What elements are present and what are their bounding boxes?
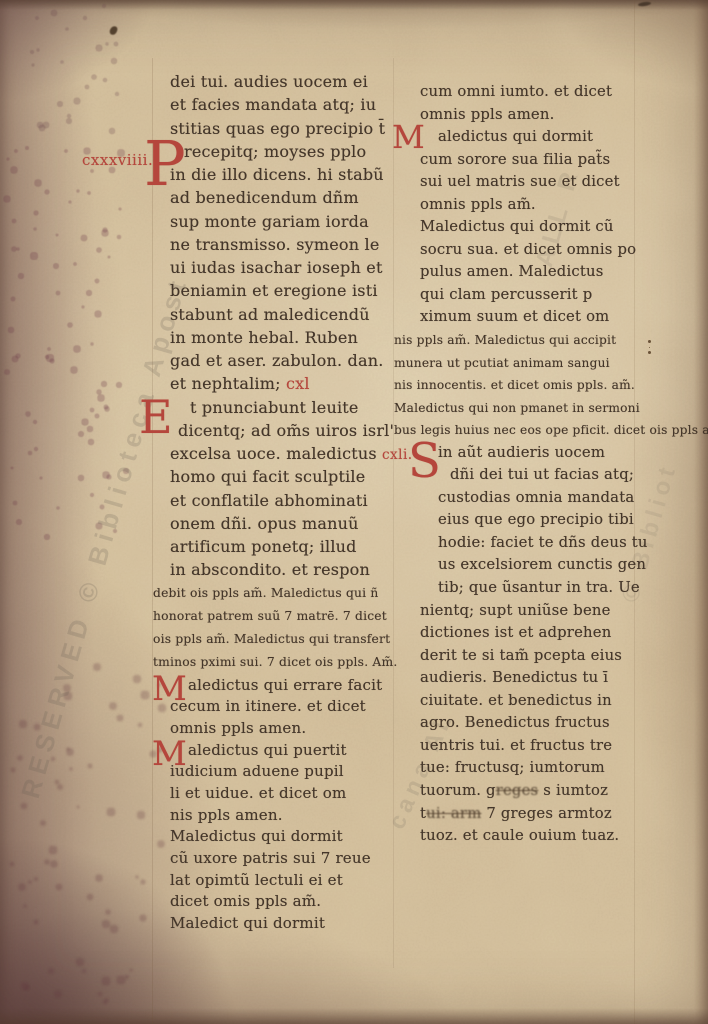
text-line: cum omni iumto. et dicet xyxy=(392,81,692,104)
text-line: derit te si tam̃ pcepta eius xyxy=(392,645,692,668)
text-line: cum sorore sua filia pat̃s xyxy=(392,149,692,172)
text-line: Maledictus qui dormit xyxy=(150,826,406,848)
text-line: tue: fructusq; iumtorum xyxy=(392,757,692,780)
text-line: pulus amen. Maledictus xyxy=(392,261,692,284)
text-line: Maledictus qui errare facit xyxy=(150,675,406,697)
text-line: Maledictus qui puertit xyxy=(150,740,406,762)
text-line: cxxxviiii.Precepitq; moyses pplo xyxy=(150,140,406,163)
text-column-left: dei tui. audies uocem eiet facies mandat… xyxy=(150,70,406,935)
text-line: nis ppls amen. xyxy=(150,805,406,827)
text-line: homo qui facit sculptile xyxy=(150,465,406,488)
text-line: stabunt ad maledicendũ xyxy=(150,303,406,326)
erased-text: reges xyxy=(496,782,539,799)
text-line: dicet omis ppls am̃. xyxy=(150,891,406,913)
text-line: nis innocentis. et dicet omis ppls. am̃. xyxy=(392,374,692,397)
text-line: eius que ego precipio tibi xyxy=(392,509,692,532)
text-line: cũ uxore patris sui 7 reue xyxy=(150,848,406,870)
text-line: omnis ppls am̃. xyxy=(392,194,692,217)
text-line: tuorum. greges s iumtoz xyxy=(392,780,692,803)
text-line: ne transmisso. symeon le xyxy=(150,233,406,256)
text-line: hodie: faciet te dñs deus tu xyxy=(392,532,692,555)
text-line: Maledictus qui dormit xyxy=(392,126,692,149)
text-line: dei tui. audies uocem ei xyxy=(150,70,406,93)
text-line: ciuitate. et benedictus in xyxy=(392,690,692,713)
text-line: audieris. Benedictus tu ī xyxy=(392,667,692,690)
text-line: excelsa uoce. maledictus xyxy=(150,442,406,465)
text-line: et conflatile abhominati xyxy=(150,489,406,512)
text-column-right: cum omni iumto. et dicetomnis ppls amen.… xyxy=(392,81,692,848)
text-line: socru sua. et dicet omnis po xyxy=(392,239,692,262)
text-line: cecum in itinere. et dicet xyxy=(150,696,406,718)
text-line: nis ppls am̃. Maledictus qui accipit xyxy=(392,329,692,352)
ink-mark xyxy=(638,1,651,7)
ink-blot xyxy=(109,25,119,36)
text-line: in abscondito. et respon xyxy=(150,558,406,581)
text-line: stitias quas ego precipio t̄ xyxy=(150,117,406,140)
text-line: agro. Benedictus fructus xyxy=(392,712,692,735)
text-line: lat opimtũ lectuli ei et xyxy=(150,870,406,892)
text-line: beniamin et eregione isti xyxy=(150,279,406,302)
text-line: artificum ponetq; illud xyxy=(150,535,406,558)
text-line: uentris tui. et fructus tre xyxy=(392,735,692,758)
text-line: cxli.Sin aũt audieris uocem xyxy=(392,442,692,465)
text-line: dicentq; ad om̃s uiros isrl' xyxy=(150,419,406,442)
text-line: nientq; supt uniũse bene xyxy=(392,600,692,623)
text-line: tui: arm 7 greges armtoz xyxy=(392,803,692,826)
text-line: sui uel matris sue et dicet xyxy=(392,171,692,194)
text-line: ois ppls am̃. Maledictus qui transfert xyxy=(150,628,406,651)
text-line: gad et aser. zabulon. dan. xyxy=(150,349,406,372)
text-line: qui clam percusserit p xyxy=(392,284,692,307)
text-line: Maledict qui dormit xyxy=(150,913,406,935)
text-line: munera ut pcutiat animam sangui xyxy=(392,352,692,375)
text-line: honorat patrem suũ 7 matrē. 7 dicet xyxy=(150,605,406,628)
text-line: ui iudas isachar ioseph et xyxy=(150,256,406,279)
text-line: dictiones ist et adprehen xyxy=(392,622,692,645)
text-line: ad benedicendum dñm xyxy=(150,186,406,209)
text-line: ximum suum et dicet om xyxy=(392,306,692,329)
text-line: tminos pximi sui. 7 dicet ois ppls. Am̃. xyxy=(150,651,406,674)
text-line: tib; que ũsantur in tra. Ue xyxy=(392,577,692,600)
text-line: dñi dei tui ut facias atq; xyxy=(392,464,692,487)
text-line: custodias omnia mandata xyxy=(392,487,692,510)
stain-speckles xyxy=(0,0,2,2)
chapter-number-label: cxxxviiii. xyxy=(82,149,153,172)
text-line: et nephtalim; cxl xyxy=(150,372,406,395)
text-line: omnis ppls amen. xyxy=(150,718,406,740)
text-line: omnis ppls amen. xyxy=(392,104,692,127)
erased-text: ui: arm xyxy=(426,805,481,822)
text-line: tuoz. et caule ouium tuaz. xyxy=(392,825,692,848)
text-line: Maledictus qui dormit cũ xyxy=(392,216,692,239)
text-line: li et uidue. et dicet om xyxy=(150,783,406,805)
text-line: Et pnunciabunt leuite xyxy=(150,396,406,419)
text-line: us excelsiorem cunctis gen xyxy=(392,554,692,577)
text-line: Maledictus qui non pmanet in sermoni xyxy=(392,397,692,420)
text-line: iudicium aduene pupil xyxy=(150,761,406,783)
text-line: in monte hebal. Ruben xyxy=(150,326,406,349)
text-line: sup monte gariam iorda xyxy=(150,210,406,233)
text-line: debit ois ppls am̃. Maledictus qui ñ xyxy=(150,582,406,605)
inline-chapter-number: cxl xyxy=(281,374,310,393)
manuscript-page: RESERVED © Biblioteca Apost ALL R cana A… xyxy=(0,0,708,1024)
text-line: onem dñi. opus manuũ xyxy=(150,512,406,535)
text-line: in die illo dicens. hi stabũ xyxy=(150,163,406,186)
text-line: et facies mandata atq; iu xyxy=(150,93,406,116)
